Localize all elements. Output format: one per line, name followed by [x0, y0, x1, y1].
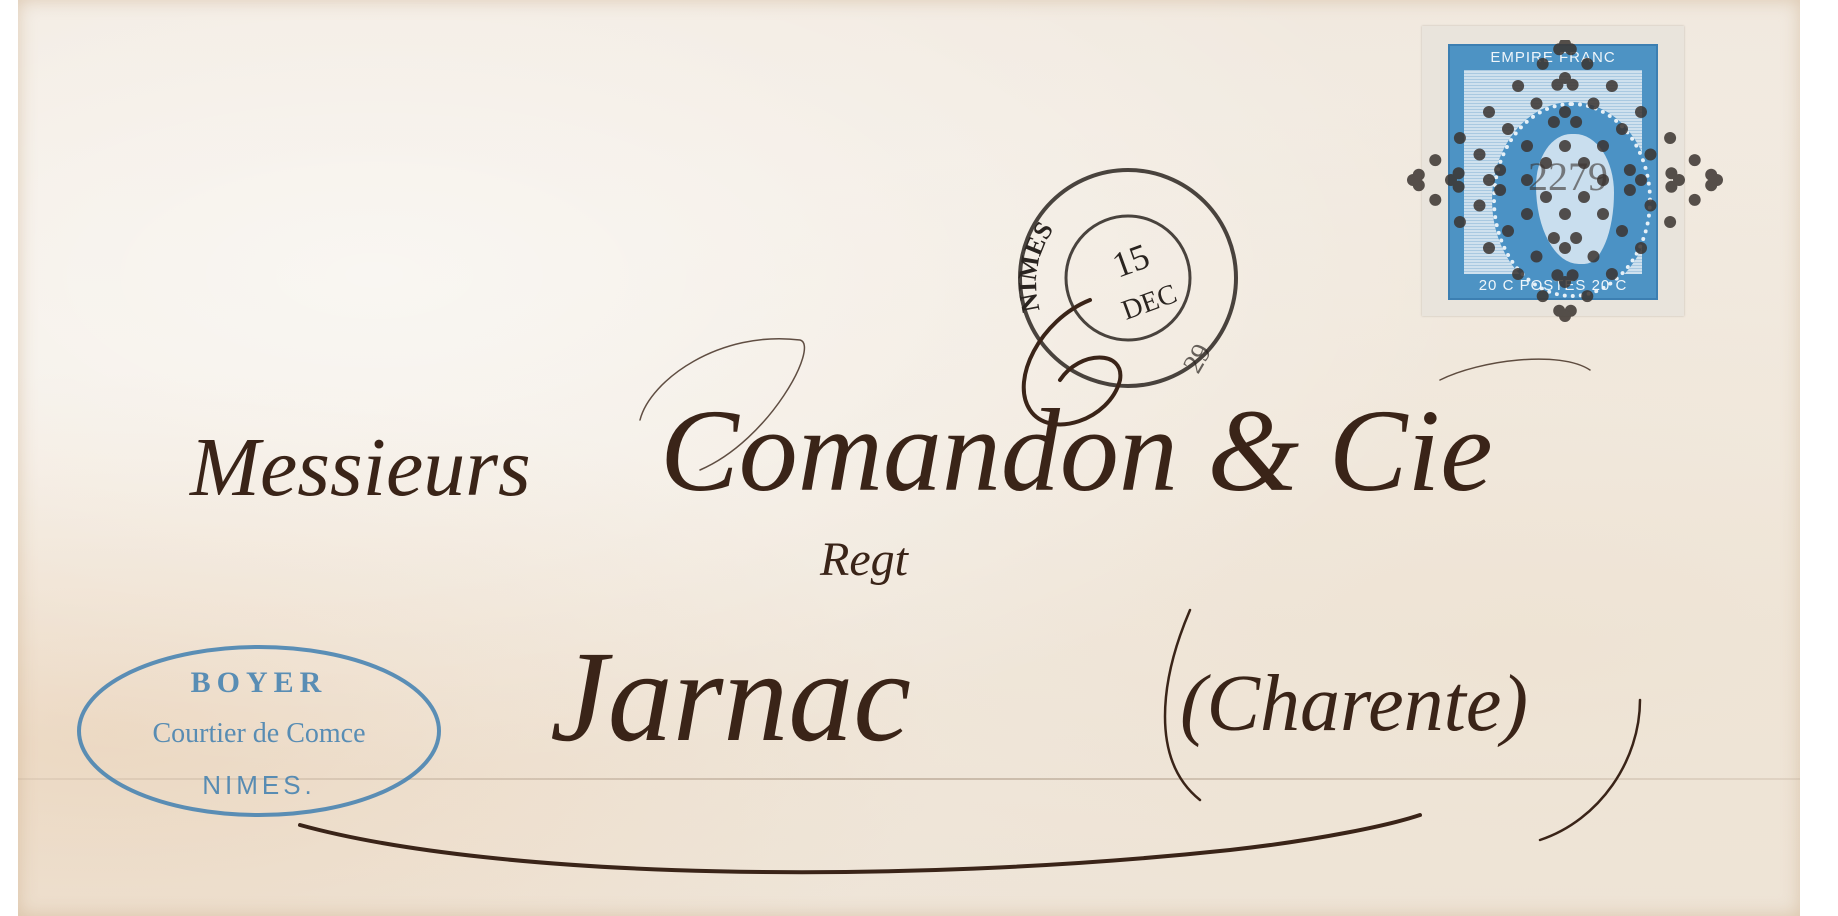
- recipient-text: Comandon & Cie: [660, 385, 1493, 516]
- note-text: Regt: [819, 533, 910, 586]
- cachet-line1: BOYER: [191, 666, 328, 699]
- region-text: (Charente): [1180, 660, 1528, 748]
- salutation-text: Messieurs: [189, 421, 531, 514]
- town-text: Jarnac: [550, 625, 911, 769]
- cachet-line2: Courtier de Comce: [152, 718, 365, 749]
- cachet-line3: NIMES.: [202, 770, 316, 800]
- sender-cachet: BOYER Courtier de Comce NIMES.: [74, 642, 444, 820]
